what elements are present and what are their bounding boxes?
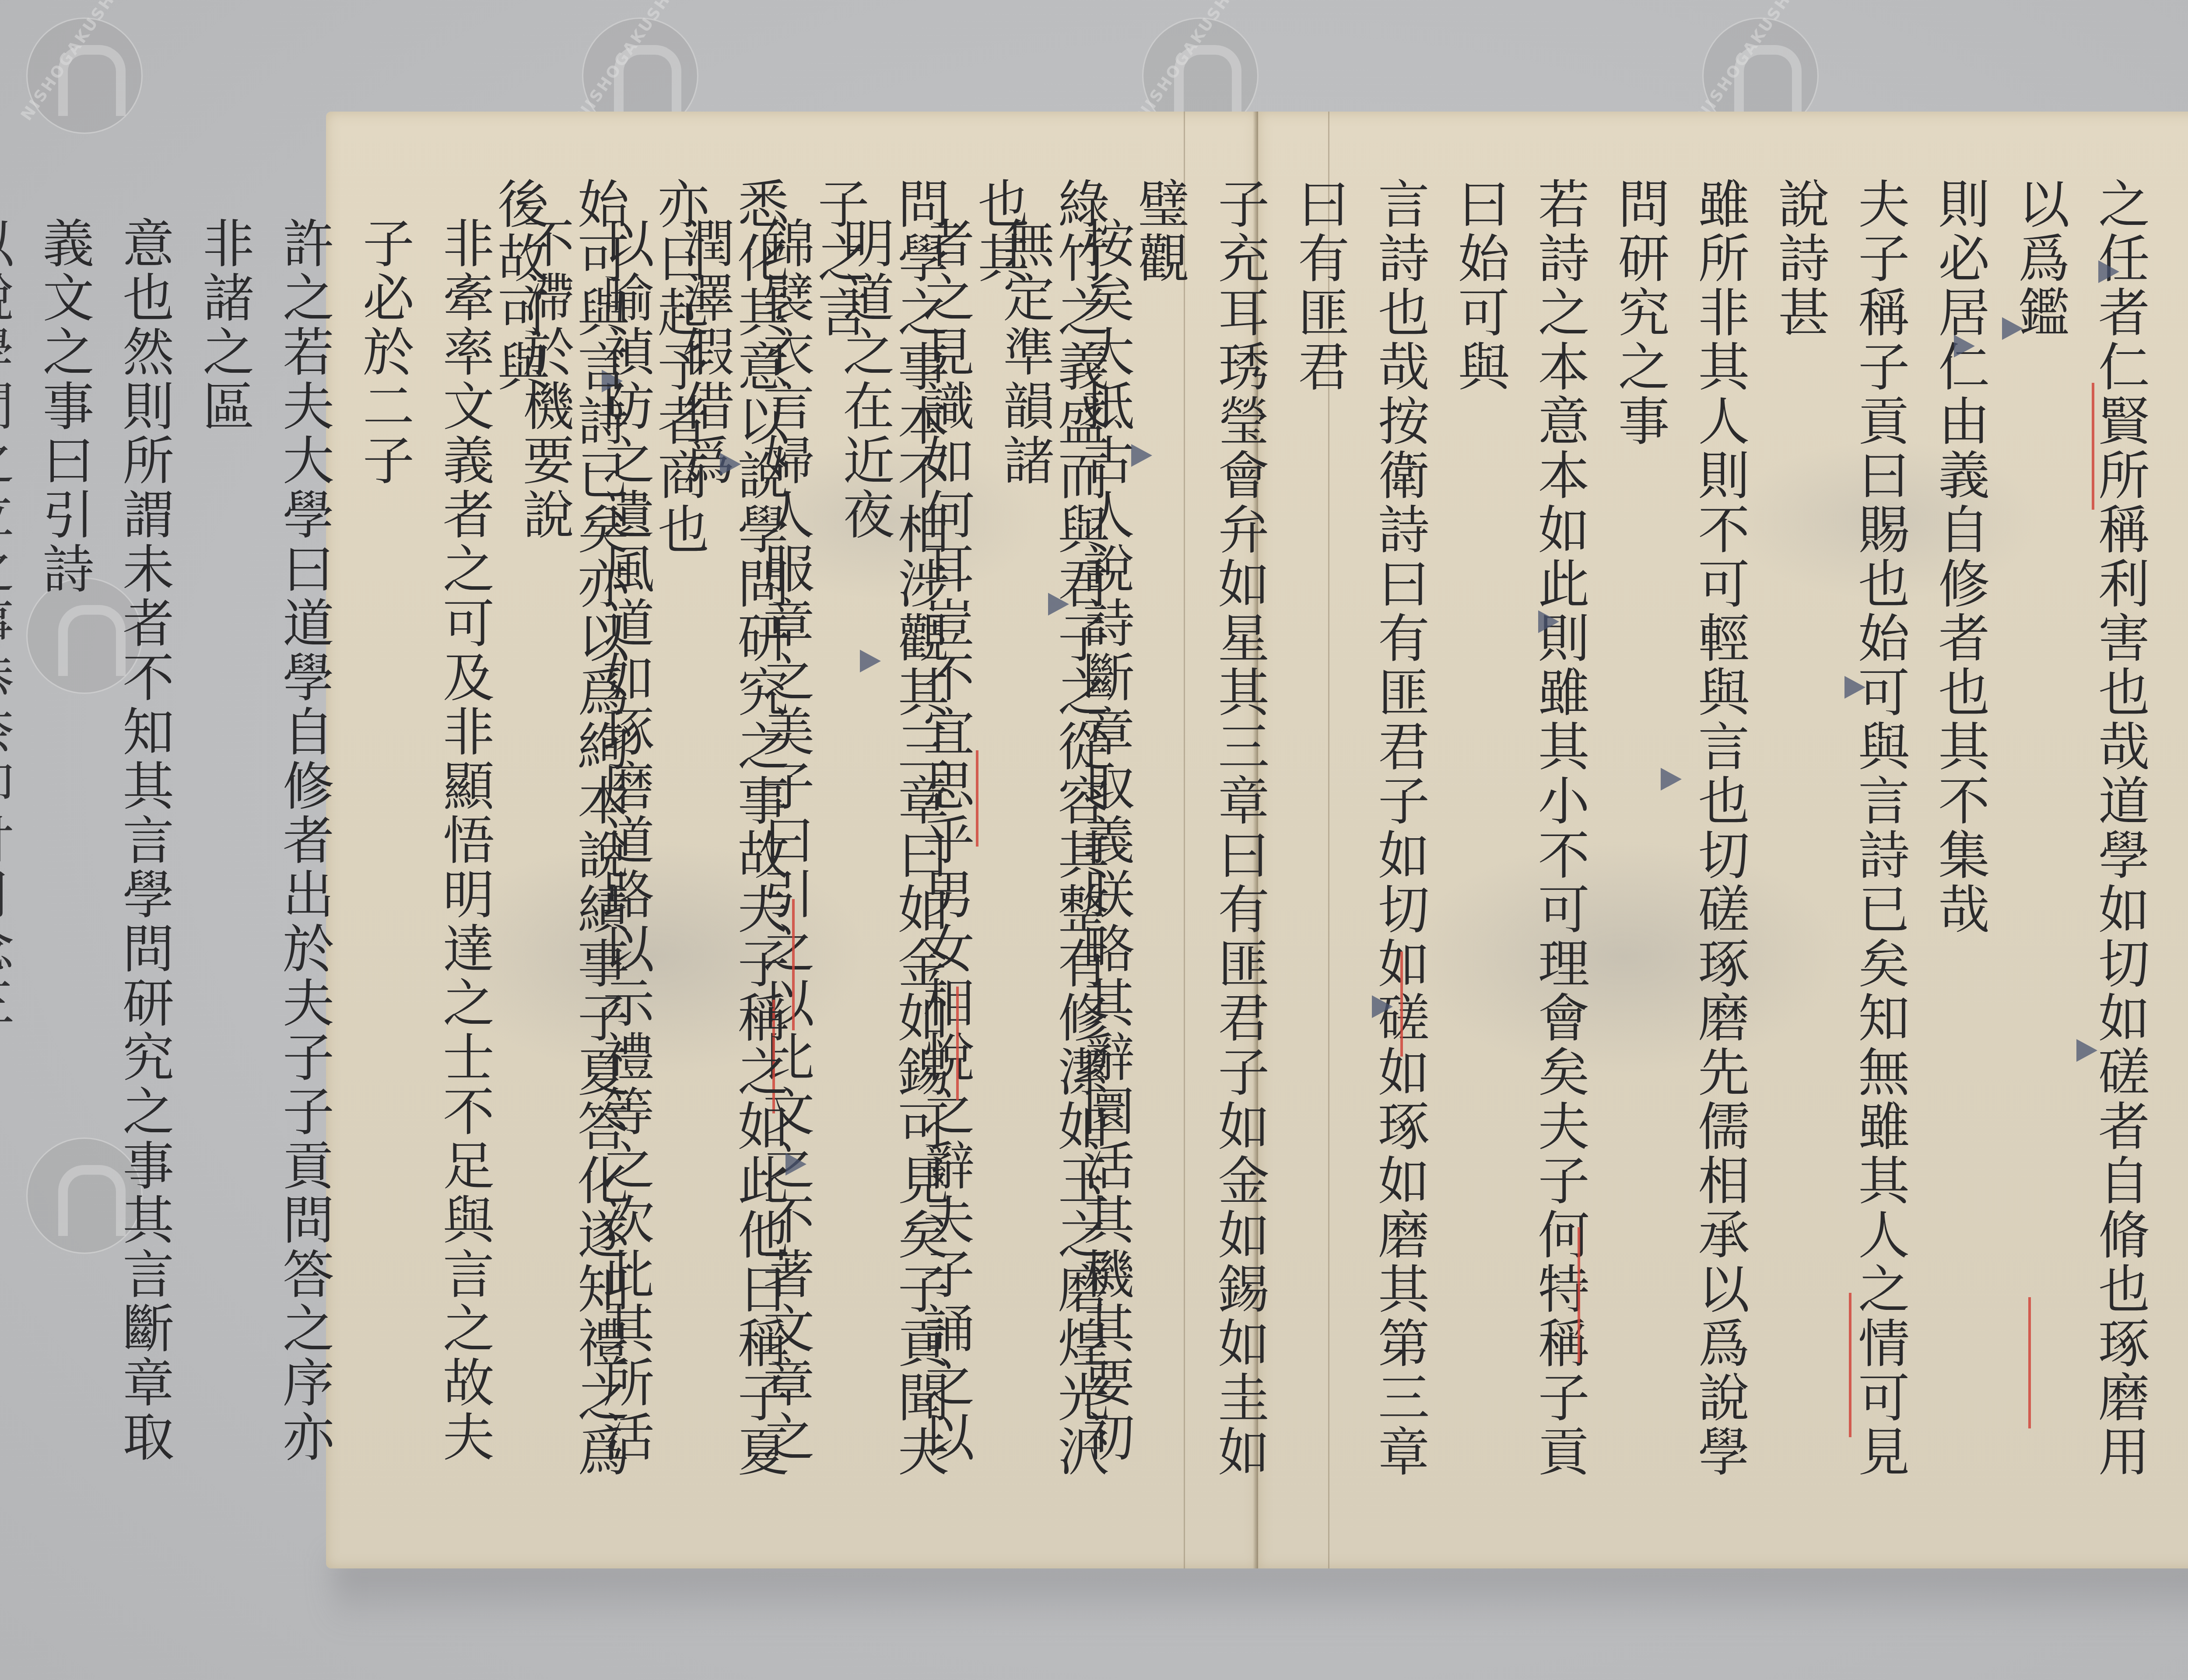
text-column: 夫子稱子貢曰賜也始可與言詩已矣知無雖其人之情可見說詩甚 — [1760, 177, 1920, 1512]
kunten-mark-icon — [2002, 317, 2023, 340]
text-column: 雖所非其人則不可輕與言也切磋琢磨先儒相承以爲說學問研究之事 — [1599, 177, 1760, 1512]
right-page: 之任者仁賢所稱利害也哉道學如切如磋者自脩也琢磨用以爲鑑 則必居仁由義自修者也其不… — [1258, 112, 2188, 1568]
text-column: 之任者仁賢所稱利害也哉道學如切如磋者自脩也琢磨用以爲鑑 — [1999, 177, 2160, 1512]
red-underline-mark — [2092, 383, 2094, 510]
kunten-mark-icon — [2098, 260, 2119, 283]
kunten-mark-icon — [1954, 335, 1975, 357]
text-column: 則必居仁由義自修者也其不集哉 — [1919, 177, 1999, 1512]
text-column-dated: 以說學問之立之事恭奈卯廿月念三 — [0, 217, 24, 1485]
text-column: 綠竹之義盛而與君子之從容其整有修潔如玉之磨煌光沢也其 — [959, 177, 1119, 1512]
text-column: 意也然則所謂未者不知其言學問研究之事其言斷章取義文之事曰引詩 — [24, 217, 184, 1485]
text-column: 言詩也哉按衛詩曰有匪君子如切如磋如琢如磨其第三章曰有匪君 — [1279, 177, 1439, 1512]
red-underline-mark — [2028, 1297, 2031, 1428]
red-underline-mark — [1578, 1227, 1580, 1363]
right-page-text: 之任者仁賢所稱利害也哉道學如切如磋者自脩也琢磨用以爲鑑 則必居仁由義自修者也其不… — [479, 177, 2160, 1512]
kunten-mark-icon — [1538, 610, 1559, 633]
red-underline-mark — [1849, 1293, 1851, 1437]
text-column: 若詩之本意本如此則雖其小不可理會矣夫子何特稱子貢曰始可與 — [1439, 177, 1599, 1512]
text-column: 始可與言詩已矣亦以爲絢本說績事子夏答化遂知禮之爲後故可與 — [479, 177, 639, 1512]
text-column: 悉化其意以說學問研究之事故夫子稱之如此他日稱子夏亦曰起予者商也 — [639, 177, 799, 1512]
kunten-mark-icon — [1844, 676, 1865, 699]
kunten-mark-icon — [2076, 1039, 2097, 1062]
open-book: 按矣大抵古人說詩斷章取義朕略其辭圜活其機其要初無定準韻諸 者之見識如何耳豈不宜思… — [326, 112, 2188, 1573]
kunten-mark-icon — [1661, 768, 1682, 791]
text-column: 問學之事本不相涉觀其三章曰如金如錫可見矣子貢聞夫子之言 — [799, 177, 959, 1512]
text-column: 許之若夫大學曰道學自修者出於夫子子貢問答之序亦非諸之區 — [184, 217, 344, 1485]
kunten-mark-icon — [1372, 995, 1393, 1018]
text-column: 子充耳琇瑩會弁如星其三章曰有匪君子如金如錫如圭如璧觀 — [1119, 177, 1279, 1512]
red-underline-mark — [1400, 952, 1403, 1057]
